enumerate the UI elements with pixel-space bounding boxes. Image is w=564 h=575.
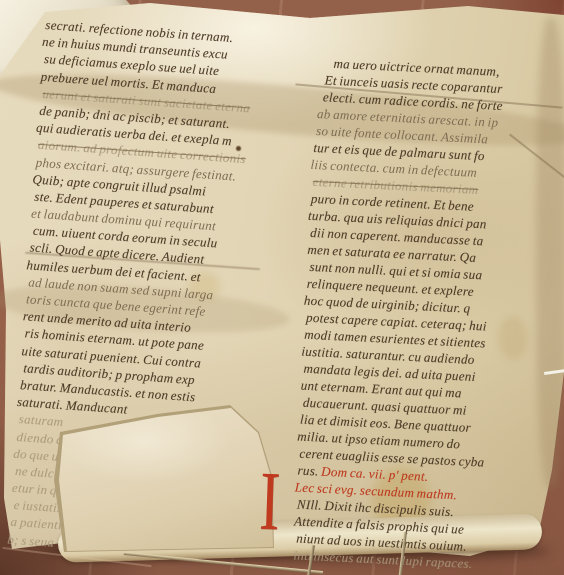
rubric-initial-I: I: [258, 462, 280, 547]
manuscript-photo: secrati. refectione nobis in ternam.ne i…: [0, 0, 564, 575]
right-text-column: ma uero uictrice ornat manum,Et iunceis …: [293, 54, 564, 575]
body-text: rus.: [297, 463, 321, 479]
